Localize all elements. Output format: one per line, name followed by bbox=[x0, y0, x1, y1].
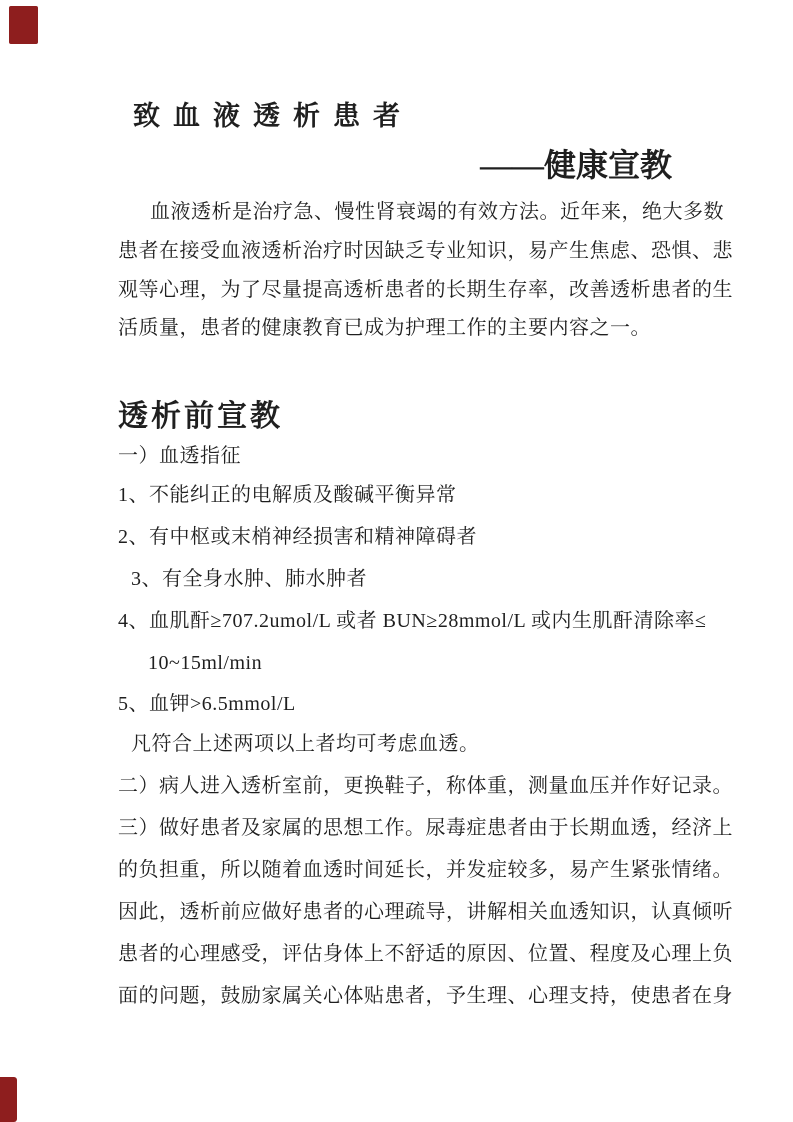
page-title: 致血液透析患者 bbox=[133, 94, 413, 133]
item-three-line-4: 患者的心理感受，评估身体上不舒适的原因、位置、程度及心理上负 bbox=[118, 941, 733, 967]
indication-item-4: 4、血肌酐≥707.2umol/L 或者 BUN≥28mmol/L 或内生肌酐清… bbox=[118, 608, 707, 634]
item-three-line-1: 三）做好患者及家属的思想工作。尿毒症患者由于长期血透，经济上 bbox=[118, 815, 733, 841]
intro-line-3: 观等心理，为了尽量提高透析患者的长期生存率，改善透析患者的生 bbox=[118, 277, 733, 303]
item-three-line-3: 因此，透析前应做好患者的心理疏导，讲解相关血透知识，认真倾听 bbox=[118, 899, 733, 925]
indication-item-2: 2、有中枢或末梢神经损害和精神障碍者 bbox=[118, 524, 477, 550]
page-subtitle: ——健康宣教 bbox=[480, 140, 672, 186]
indication-item-4-continuation: 10~15ml/min bbox=[148, 650, 262, 676]
intro-line-4: 活质量，患者的健康教育已成为护理工作的主要内容之一。 bbox=[118, 315, 651, 341]
item-two: 二）病人进入透析室前，更换鞋子，称体重，测量血压并作好记录。 bbox=[118, 773, 733, 799]
indications-title: 一）血透指征 bbox=[118, 443, 241, 469]
indication-item-1: 1、不能纠正的电解质及酸碱平衡异常 bbox=[118, 482, 457, 508]
red-bookmark-mark-icon bbox=[9, 6, 38, 44]
document-page: 致血液透析患者 ——健康宣教 血液透析是治疗急、慢性肾衰竭的有效方法。近年来，绝… bbox=[0, 0, 793, 1122]
conclusion-note: 凡符合上述两项以上者均可考虑血透。 bbox=[131, 731, 480, 757]
item-three-line-2: 的负担重，所以随着血透时间延长，并发症较多，易产生紧张情绪。 bbox=[118, 857, 733, 883]
section-heading: 透析前宣教 bbox=[118, 391, 283, 435]
intro-line-1: 血液透析是治疗急、慢性肾衰竭的有效方法。近年来，绝大多数 bbox=[118, 199, 724, 225]
indication-item-5: 5、血钾>6.5mmol/L bbox=[118, 691, 296, 717]
item-three-line-5: 面的问题，鼓励家属关心体贴患者，予生理、心理支持，使患者在身 bbox=[118, 983, 733, 1009]
intro-line-2: 患者在接受血液透析治疗时因缺乏专业知识，易产生焦虑、恐惧、悲 bbox=[118, 238, 733, 264]
red-edge-mark-icon bbox=[0, 1077, 17, 1122]
indication-item-3: 3、有全身水肿、肺水肿者 bbox=[131, 566, 367, 592]
